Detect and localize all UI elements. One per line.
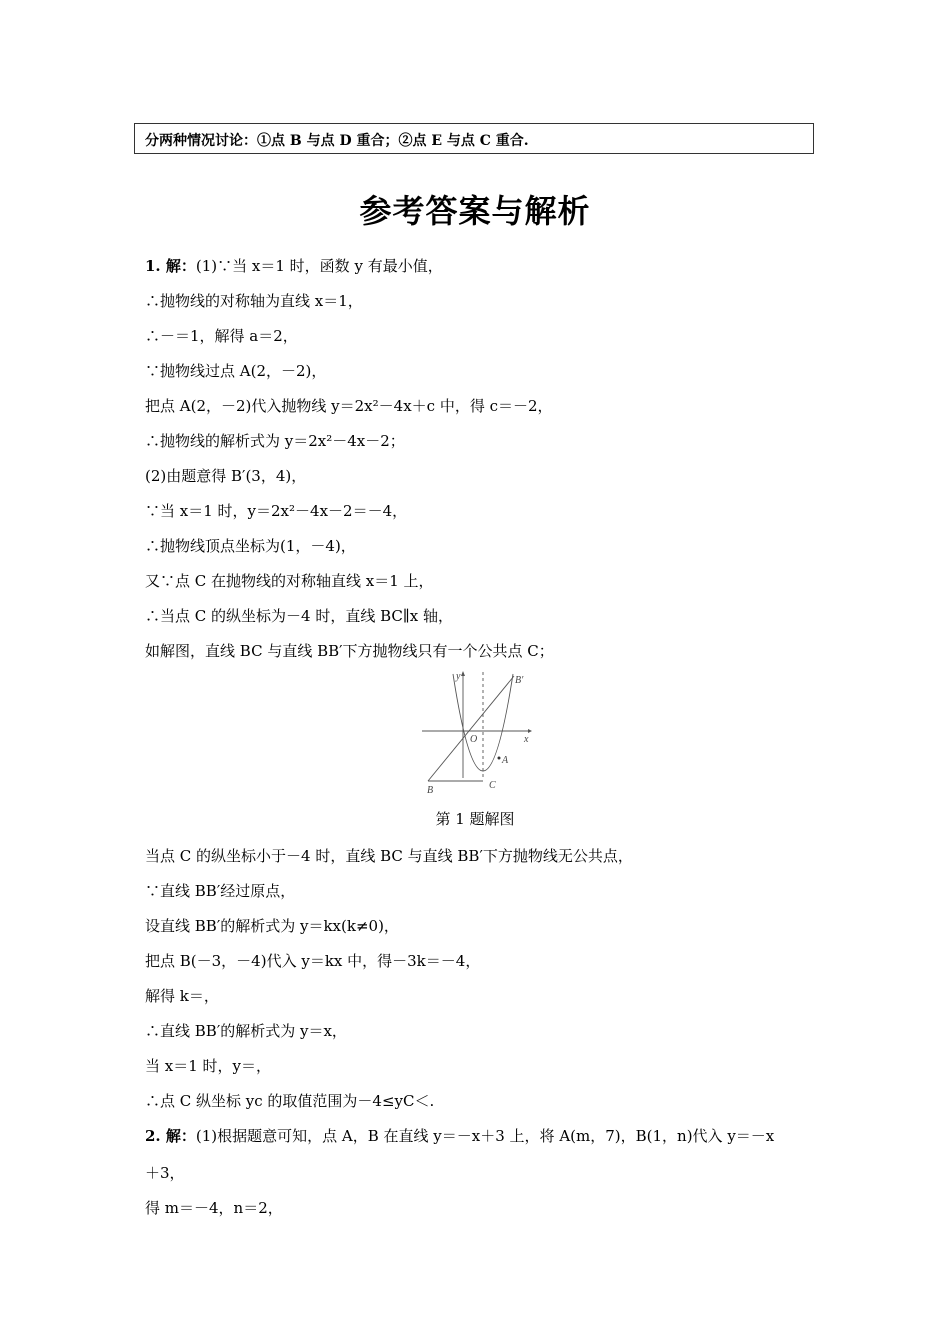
parabola-figure: y x O A B B′ C [418, 668, 538, 798]
solution1-line-2: ∴抛物线的对称轴为直线 x＝1， [145, 291, 363, 311]
solution1-line-12: 如解图，直线 BC 与直线 BB′下方抛物线只有一个公共点 C； [145, 641, 554, 661]
solution1-line-4: ∵抛物线过点 A(2，－2)， [145, 361, 326, 381]
solution1-line-5: 把点 A(2，－2)代入抛物线 y＝2x²－4x＋c 中，得 c＝－2， [145, 396, 553, 416]
solution1-line-1: 1. 解：(1)∵当 x＝1 时，函数 y 有最小值， [145, 256, 443, 276]
solution1-after-5: 解得 k＝， [145, 986, 219, 1006]
solution1-after-1: 当点 C 的纵坐标小于－4 时，直线 BC 与直线 BB′下方抛物线无公共点， [145, 846, 633, 866]
solution1-line-8: ∵当 x＝1 时，y＝2x²－4x－2＝－4， [145, 501, 407, 521]
solution2-label: 2. 解： [145, 1127, 196, 1145]
point-a [498, 757, 501, 760]
solution1-line-3: ∴－＝1，解得 a＝2， [145, 326, 298, 346]
solution1-after-3: 设直线 BB′的解析式为 y＝kx(k≠0)， [145, 916, 399, 936]
label-x: x [523, 734, 529, 745]
solution1-after-2: ∵直线 BB′经过原点， [145, 881, 295, 901]
solution2-line-3: 得 m＝－4，n＝2， [145, 1198, 283, 1218]
solution1-label: 1. 解： [145, 257, 196, 275]
solution2-line-2: ＋3， [145, 1163, 185, 1183]
hint-box: 分两种情况讨论：①点 B 与点 D 重合；②点 E 与点 C 重合. [134, 123, 814, 154]
label-b-prime: B′ [515, 675, 524, 686]
hint-text: 分两种情况讨论：①点 B 与点 D 重合；②点 E 与点 C 重合. [145, 130, 529, 150]
label-o: O [470, 734, 477, 745]
label-a: A [501, 755, 509, 766]
page-title: 参考答案与解析 [0, 186, 950, 232]
solution1-line-6: ∴抛物线的解析式为 y＝2x²－4x－2； [145, 431, 405, 451]
label-b: B [427, 785, 433, 796]
solution1-after-6: ∴直线 BB′的解析式为 y＝x， [145, 1021, 347, 1041]
solution2-line-1: 2. 解：(1)根据题意可知，点 A，B 在直线 y＝－x＋3 上，将 A(m，… [145, 1126, 774, 1146]
solution1-line-10: 又∵点 C 在抛物线的对称轴直线 x＝1 上， [145, 571, 434, 591]
solution1-line-9: ∴抛物线顶点坐标为(1，－4)， [145, 536, 356, 556]
label-y: y [455, 671, 461, 682]
solution1-after-4: 把点 B(－3，－4)代入 y＝kx 中，得－3k＝－4， [145, 951, 480, 971]
solution1-line-11: ∴当点 C 的纵坐标为－4 时，直线 BC∥x 轴， [145, 606, 453, 626]
label-c: C [489, 780, 496, 791]
figure-caption: 第 1 题解图 [0, 808, 950, 829]
solution1-after-7: 当 x＝1 时，y＝， [145, 1056, 271, 1076]
solution1-line-7: (2)由题意得 B′(3，4)， [145, 466, 306, 486]
solution1-after-8: ∴点 C 纵坐标 yc 的取值范围为－4≤yC＜. [145, 1091, 434, 1111]
